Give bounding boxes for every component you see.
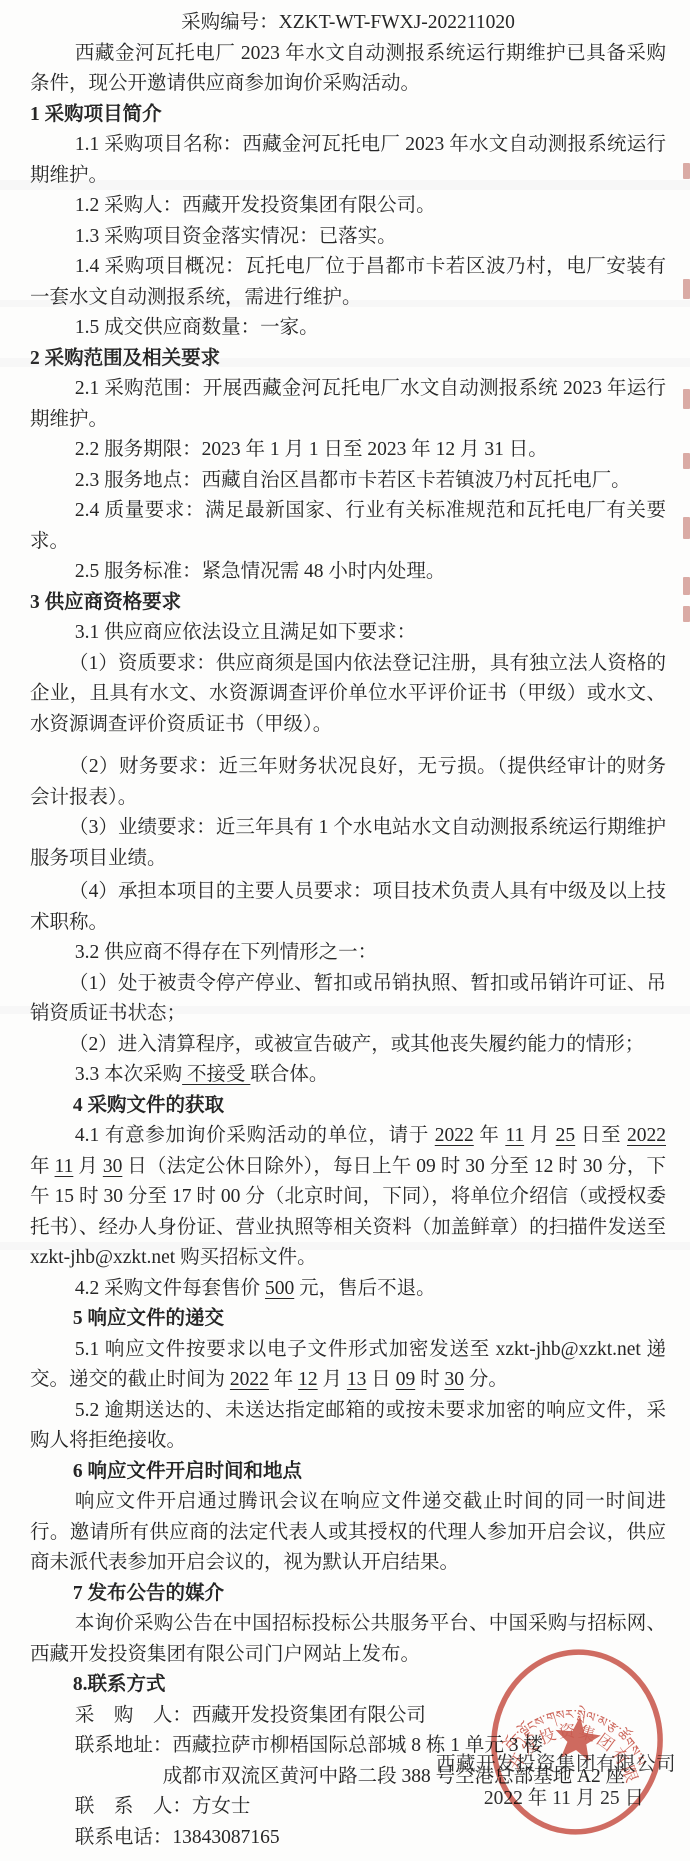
clause-3-1-item-1: （1）资质要求：供应商须是国内依法登记注册，具有独立法人资格的企业，且具有水文、…	[30, 649, 666, 741]
clause-3-1-item-4: （4）承担本项目的主要人员要求：项目技术负责人具有中级及以上技术职称。	[30, 877, 666, 938]
contact-purchaser: 采 购 人：西藏开发投资集团有限公司	[30, 1701, 666, 1732]
red-edge-mark	[683, 606, 690, 622]
heading-8-contact: 8.联系方式	[30, 1670, 666, 1701]
heading-7-media: 7 发布公告的媒介	[30, 1579, 666, 1610]
clause-1-1: 1.1 采购项目名称：西藏金河瓦托电厂 2023 年水文自动测报系统运行期维护。	[30, 130, 666, 191]
clause-3-2: 3.2 供应商不得存在下列情形之一：	[30, 938, 666, 969]
document-body: 西藏金河瓦托电厂 2023 年水文自动测报系统运行期维护已具备采购条件，现公开邀…	[30, 39, 666, 1854]
clause-4-1: 4.1 有意参加询价采购活动的单位，请于 2022 年 11 月 25 日至 2…	[30, 1121, 666, 1274]
red-edge-mark	[683, 517, 690, 539]
heading-1-project-intro: 1 采购项目简介	[30, 100, 666, 131]
heading-6-opening: 6 响应文件开启时间和地点	[30, 1457, 666, 1488]
procurement-notice-page: 采购编号：XZKT-WT-FWXJ-202211020 西藏金河瓦托电厂 202…	[0, 0, 690, 1861]
clause-3-1-item-2: （2）财务要求：近三年财务状况良好，无亏损。（提供经审计的财务会计报表）。	[30, 752, 666, 813]
clause-7-body: 本询价采购公告在中国招标投标公共服务平台、中国采购与招标网、西藏开发投资集团有限…	[30, 1609, 666, 1670]
red-edge-mark	[683, 279, 690, 299]
clause-1-2: 1.2 采购人：西藏开发投资集团有限公司。	[30, 191, 666, 222]
clause-2-4: 2.4 质量要求：满足最新国家、行业有关标准规范和瓦托电厂有关要求。	[30, 496, 666, 557]
clause-1-4: 1.4 采购项目概况：瓦托电厂位于昌都市卡若区波乃村，电厂安装有一套水文自动测报…	[30, 252, 666, 313]
clause-5-2: 5.2 逾期送达的、未送达指定邮箱的或按未要求加密的响应文件，采购人将拒绝接收。	[30, 1396, 666, 1457]
red-edge-mark	[683, 453, 690, 469]
heading-5-submission: 5 响应文件的递交	[30, 1304, 666, 1335]
contact-phone: 联系电话：13843087165	[30, 1823, 666, 1854]
clause-2-3: 2.3 服务地点：西藏自治区昌都市卡若区卡若镇波乃村瓦托电厂。	[30, 466, 666, 497]
clause-2-1: 2.1 采购范围：开展西藏金河瓦托电厂水文自动测报系统 2023 年运行期维护。	[30, 374, 666, 435]
intro-paragraph: 西藏金河瓦托电厂 2023 年水文自动测报系统运行期维护已具备采购条件，现公开邀…	[30, 39, 666, 100]
clause-1-3: 1.3 采购项目资金落实情况：已落实。	[30, 222, 666, 253]
clause-2-2: 2.2 服务期限：2023 年 1 月 1 日至 2023 年 12 月 31 …	[30, 435, 666, 466]
clause-4-2: 4.2 采购文件每套售价 500 元，售后不退。	[30, 1274, 666, 1305]
red-edge-mark	[683, 389, 690, 409]
signature-org: 西藏开发投资集团有限公司	[436, 1748, 676, 1776]
clause-3-2-item-1: （1）处于被责令停产停业、暂扣或吊销执照、暂扣或吊销许可证、吊销资质证书状态；	[30, 969, 666, 1030]
clause-3-1: 3.1 供应商应依法设立且满足如下要求：	[30, 618, 666, 649]
clause-5-1: 5.1 响应文件按要求以电子文件形式加密发送至 xzkt-jhb@xzkt.ne…	[30, 1335, 666, 1396]
heading-3-supplier-qualification: 3 供应商资格要求	[30, 588, 666, 619]
clause-3-3: 3.3 本次采购 不接受 联合体。	[30, 1060, 666, 1091]
heading-4-obtain-documents: 4 采购文件的获取	[30, 1091, 666, 1122]
clause-2-5: 2.5 服务标准：紧急情况需 48 小时内处理。	[30, 557, 666, 588]
document-content: 采购编号：XZKT-WT-FWXJ-202211020 西藏金河瓦托电厂 202…	[30, 8, 666, 1853]
signature-date: 2022 年 11 月 25 日	[484, 1782, 644, 1810]
clause-3-2-item-2: （2）进入清算程序，或被宣告破产，或其他丧失履约能力的情形；	[30, 1030, 666, 1061]
heading-2-scope: 2 采购范围及相关要求	[30, 344, 666, 375]
clause-1-5: 1.5 成交供应商数量：一家。	[30, 313, 666, 344]
doc-number: 采购编号：XZKT-WT-FWXJ-202211020	[30, 8, 666, 39]
red-edge-mark	[683, 163, 690, 179]
clause-3-1-item-3: （3）业绩要求：近三年具有 1 个水电站水文自动测报系统运行期维护服务项目业绩。	[30, 813, 666, 874]
clause-6-body: 响应文件开启通过腾讯会议在响应文件递交截止时间的同一时间进行。邀请所有供应商的法…	[30, 1487, 666, 1579]
red-edge-mark	[683, 577, 690, 595]
